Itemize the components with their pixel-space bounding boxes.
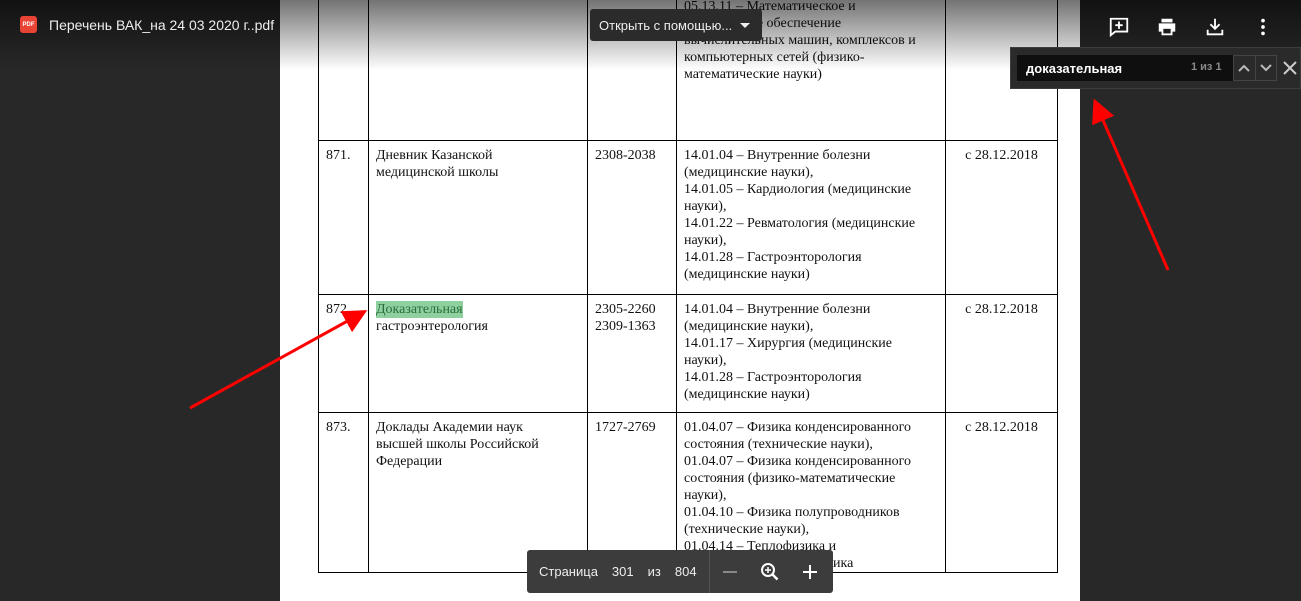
cell-date: с 28.12.2018 — [946, 413, 1058, 573]
cell-specialties-line: науки), — [684, 487, 938, 504]
toolbar — [1106, 14, 1276, 40]
cell-specialties-line: (медицинские науки) — [684, 386, 938, 403]
more-button[interactable] — [1250, 14, 1276, 40]
cell-specialties-line: (медицинские науки) — [684, 266, 938, 283]
zoom-fit-button[interactable] — [750, 550, 790, 593]
cell-date: с 28.12.2018 — [946, 141, 1058, 295]
cell-specialties-line: 14.01.22 – Ревматология (медицинские — [684, 215, 938, 232]
cell-specialties-line: (медицинские науки), — [684, 318, 938, 335]
cell-issn: 2308-2038 — [588, 141, 677, 295]
cell-issn-line: 2305-2260 — [595, 301, 669, 318]
find-count: 1 из 1 — [1191, 61, 1222, 73]
cell-title-line: гастроэнтерология — [376, 318, 580, 335]
cell-issn-line: 2308-2038 — [595, 147, 669, 164]
download-button[interactable] — [1202, 14, 1228, 40]
cell-number: 872. — [319, 295, 369, 413]
close-icon — [1282, 60, 1298, 76]
cell-specialties-line: 14.01.04 – Внутренние болезни — [684, 147, 938, 164]
cell-title-line: Дневник Казанской — [376, 147, 580, 164]
search-highlight: Доказательная — [376, 301, 463, 318]
cell-specialties-line: науки), — [684, 232, 938, 249]
cell-issn-line: 2309-1363 — [595, 318, 669, 335]
open-with-button[interactable]: Открыть с помощью... — [590, 9, 762, 41]
cell-specialties-line: (технические науки), — [684, 521, 938, 538]
file-title: PDF Перечень ВАК_на 24 03 2020 г..pdf — [20, 16, 274, 33]
more-vert-icon — [1252, 16, 1274, 38]
cell-title-line: высшей школы Российской — [376, 436, 580, 453]
cell-specialties: 14.01.04 – Внутренние болезни(медицински… — [677, 295, 946, 413]
cell-issn: 2305-22602309-1363 — [588, 295, 677, 413]
table-row: 872.Доказательнаягастроэнтерология2305-2… — [319, 295, 1058, 413]
open-with-label: Открыть с помощью... — [599, 18, 732, 33]
cell-title-line: медицинской школы — [376, 164, 580, 181]
cell-specialties-line: (медицинские науки), — [684, 164, 938, 181]
chevron-up-icon — [1237, 61, 1251, 75]
print-icon — [1156, 16, 1178, 38]
find-close-button[interactable] — [1279, 56, 1301, 80]
cell-specialties-line: 14.01.28 – Гастроэнторология — [684, 249, 938, 266]
cell-specialties-line: 01.04.10 – Физика полупроводников — [684, 504, 938, 521]
cell-date: с 28.12.2018 — [946, 295, 1058, 413]
cell-specialties-line: 14.01.28 – Гастроэнторология — [684, 369, 938, 386]
plus-icon — [801, 563, 819, 581]
print-button[interactable] — [1154, 14, 1180, 40]
cell-number: 871. — [319, 141, 369, 295]
cell-specialties-line: математические науки) — [684, 66, 938, 83]
caret-down-icon — [740, 23, 750, 28]
cell-issn-line: 1727-2769 — [595, 419, 669, 436]
cell-specialties-line: 14.01.04 – Внутренние болезни — [684, 301, 938, 318]
find-bar: 1 из 1 — [1010, 47, 1301, 89]
download-icon — [1204, 16, 1226, 38]
cell-issn: 1727-2769 — [588, 413, 677, 573]
cell-title: и процессы управления — [369, 0, 588, 141]
cell-specialties-line: 01.04.07 – Физика конденсированного — [684, 453, 938, 470]
file-name: Перечень ВАК_на 24 03 2020 г..pdf — [49, 17, 274, 33]
find-nav — [1233, 55, 1277, 81]
cell-specialties-line: науки), — [684, 352, 938, 369]
cell-title-line: Федерации — [376, 453, 580, 470]
cell-title-line: Доклады Академии наук — [376, 419, 580, 436]
zoom-icon — [760, 562, 780, 582]
cell-specialties-line: 01.04.07 – Физика конденсированного — [684, 419, 938, 436]
table-row: 871.Дневник Казанскоймедицинской школы23… — [319, 141, 1058, 295]
add-comment-icon — [1108, 16, 1130, 38]
page-bar: Страница 301 из 804 — [527, 550, 833, 593]
cell-title: Дневник Казанскоймедицинской школы — [369, 141, 588, 295]
add-comment-button[interactable] — [1106, 14, 1132, 40]
cell-specialties: 14.01.04 – Внутренние болезни(медицински… — [677, 141, 946, 295]
cell-specialties-line: 14.01.05 – Кардиология (медицинские — [684, 181, 938, 198]
pdf-page: и процессы управленияуправления, динамич… — [280, 0, 1080, 601]
cell-specialties-line: состояния (технические науки), — [684, 436, 938, 453]
cell-number: 873. — [319, 413, 369, 573]
of-label: из — [648, 564, 661, 579]
total-pages: 804 — [675, 564, 697, 579]
page-label: Страница — [539, 564, 598, 579]
current-page[interactable]: 301 — [612, 564, 634, 579]
cell-specialties-line: компьютерных сетей (физико- — [684, 49, 938, 66]
journal-table: и процессы управленияуправления, динамич… — [318, 0, 1058, 573]
cell-number — [319, 0, 369, 141]
zoom-in-button[interactable] — [790, 550, 830, 593]
arrow-to-find — [1096, 104, 1168, 270]
find-prev-button[interactable] — [1234, 56, 1256, 80]
zoom-out-button[interactable] — [710, 550, 750, 593]
cell-specialties-line: состояния (физико-математические — [684, 470, 938, 487]
pdf-icon: PDF — [20, 16, 37, 33]
cell-specialties: 01.04.07 – Физика конденсированногососто… — [677, 413, 946, 573]
cell-specialties-line: науки), — [684, 198, 938, 215]
table-row: 873.Доклады Академии науквысшей школы Ро… — [319, 413, 1058, 573]
find-next-button[interactable] — [1256, 56, 1277, 80]
cell-title: Доказательнаягастроэнтерология — [369, 295, 588, 413]
chevron-down-icon — [1259, 61, 1273, 75]
cell-specialties-line: 14.01.17 – Хирургия (медицинские — [684, 335, 938, 352]
minus-icon — [721, 563, 739, 581]
cell-title: Доклады Академии науквысшей школы Россий… — [369, 413, 588, 573]
